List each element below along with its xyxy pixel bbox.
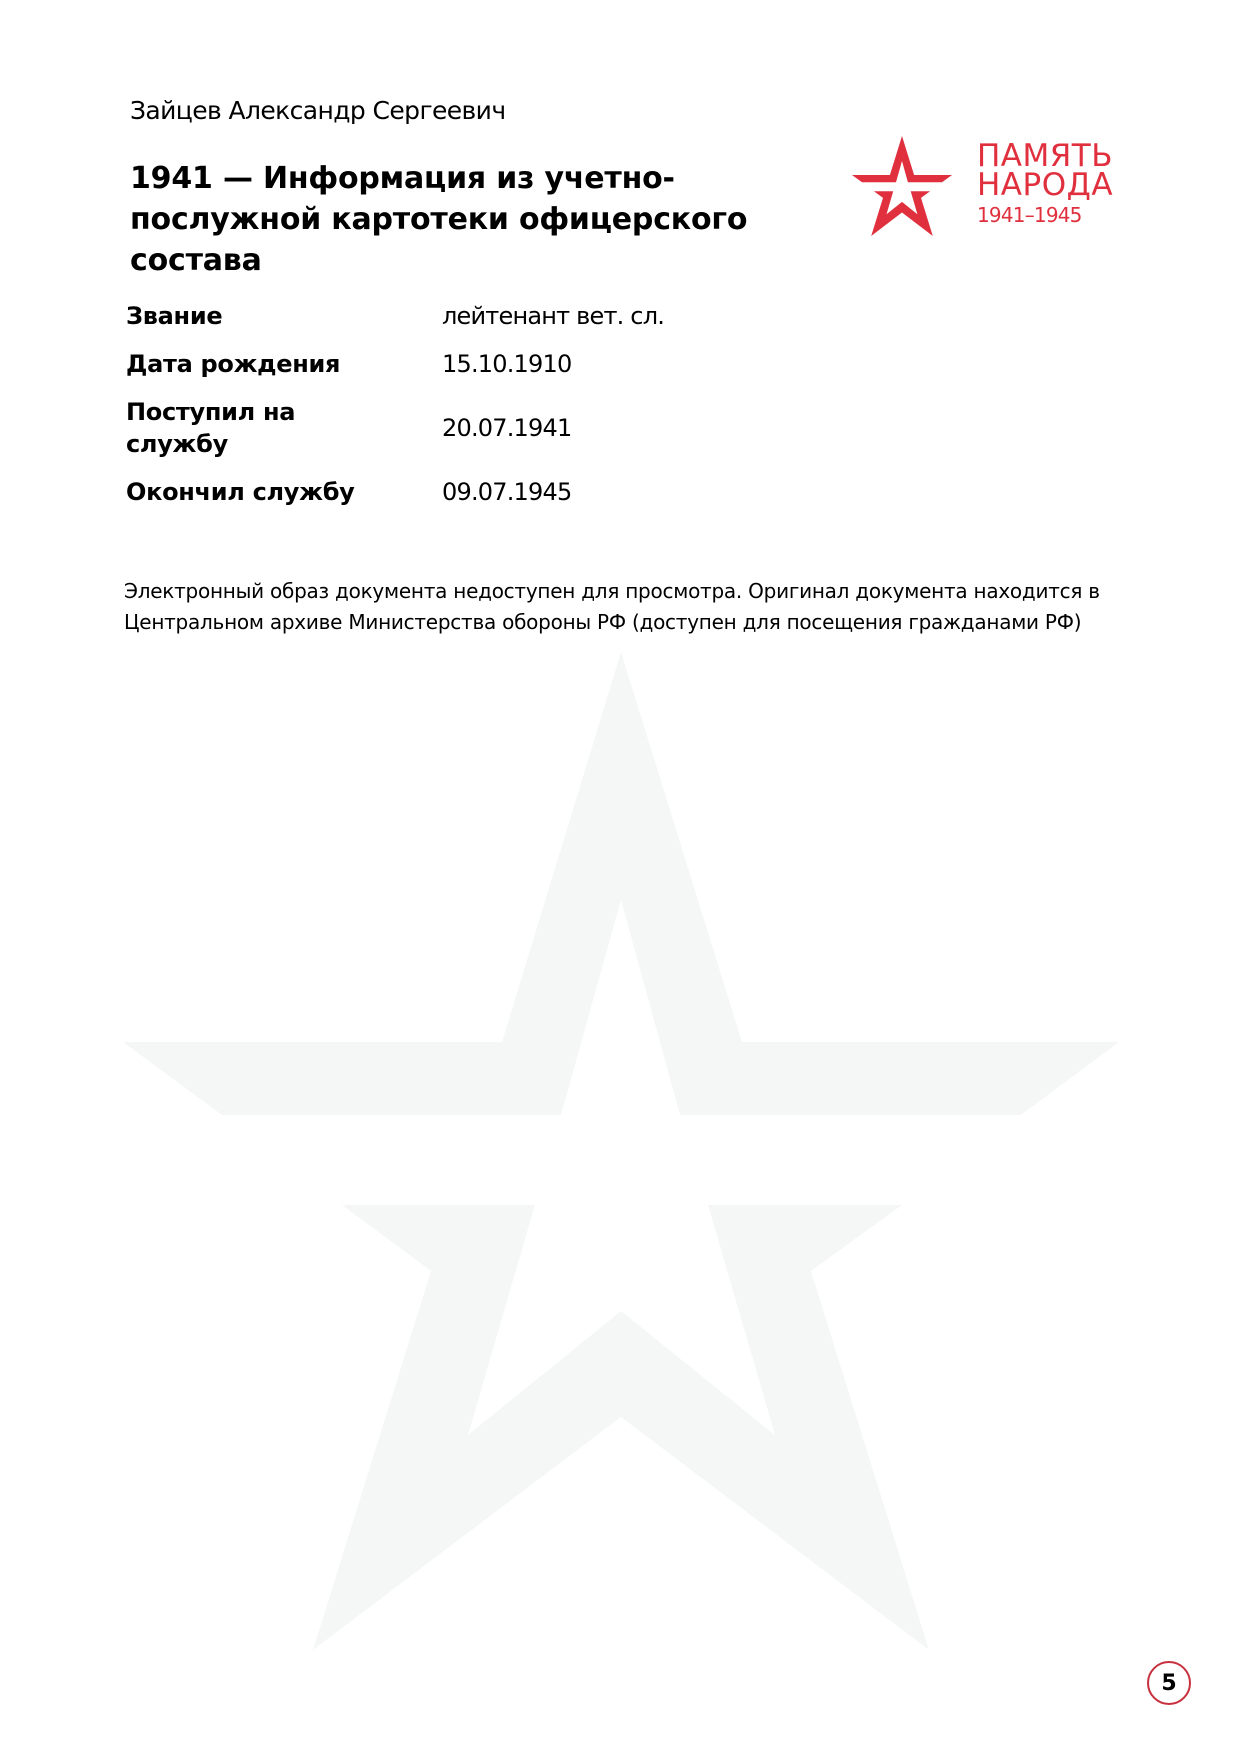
service-info-table: Звание лейтенант вет. сл. Дата рождения …: [126, 300, 664, 524]
field-row-rank: Звание лейтенант вет. сл.: [126, 300, 664, 348]
logo-years: 1941–1945: [977, 200, 1113, 230]
star-icon: [850, 136, 954, 236]
field-value: 09.07.1945: [442, 476, 664, 524]
field-value: 15.10.1910: [442, 348, 664, 396]
field-row-service-end: Окончил службу 09.07.1945: [126, 476, 664, 524]
field-row-service-start: Поступил на службу 20.07.1941: [126, 396, 664, 476]
archive-notice: Электронный образ документа недоступен д…: [124, 576, 1114, 638]
person-name: Зайцев Александр Сергеевич: [130, 94, 506, 128]
field-label: Окончил службу: [126, 476, 442, 524]
field-label: Дата рождения: [126, 348, 442, 396]
logo-text: ПАМЯТЬ НАРОДА 1941–1945: [977, 142, 1113, 230]
document-title: 1941 — Информация из учетно-послужной ка…: [130, 158, 810, 281]
field-label: Поступил на службу: [126, 396, 442, 476]
pamyat-naroda-logo[interactable]: ПАМЯТЬ НАРОДА 1941–1945: [850, 136, 1120, 236]
page-number: 5: [1147, 1661, 1191, 1705]
field-value: лейтенант вет. сл.: [442, 300, 664, 348]
logo-title-line2: НАРОДА: [977, 171, 1113, 200]
field-row-birth-date: Дата рождения 15.10.1910: [126, 348, 664, 396]
field-label: Звание: [126, 300, 442, 348]
field-value: 20.07.1941: [442, 396, 664, 476]
